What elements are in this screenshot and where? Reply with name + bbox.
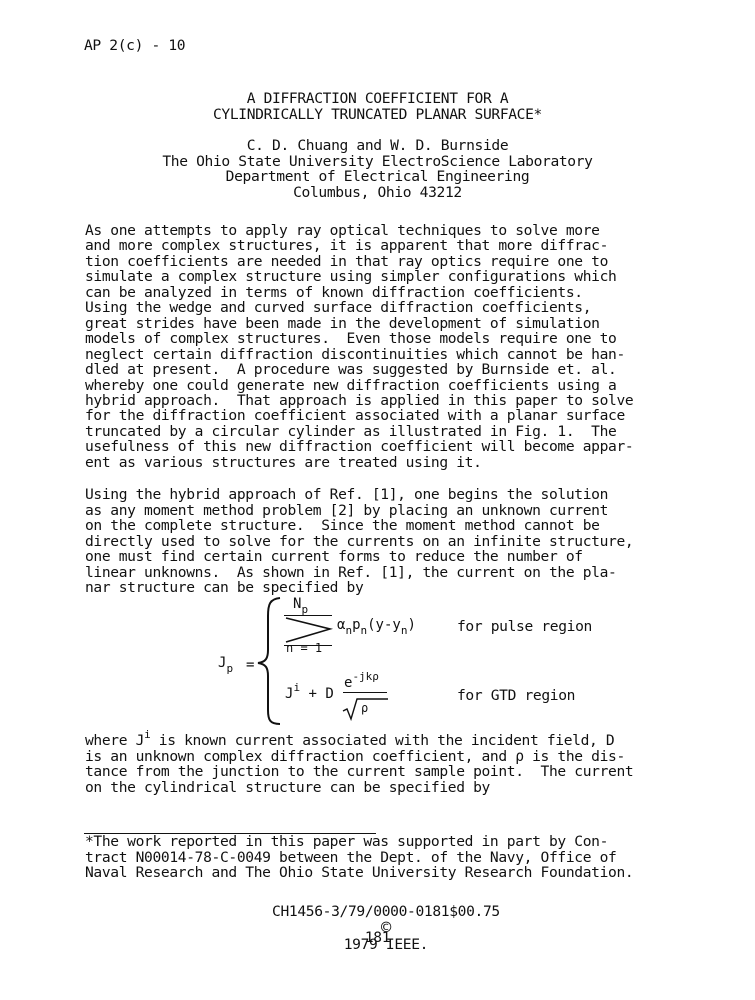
gtd-denominator: ρ xyxy=(361,701,368,715)
title-line: CYLINDRICALLY TRUNCATED PLANAR SURFACE* xyxy=(0,107,755,123)
sum-lower-limit: n = 1 xyxy=(286,641,322,655)
text-line: Using the hybrid approach of Ref. [1], o… xyxy=(85,487,608,503)
text-line: on the cylindrical structure can be spec… xyxy=(85,780,490,796)
case-gtd-region: for GTD region xyxy=(457,688,575,704)
eq-lhs: Jp xyxy=(218,655,233,671)
text-line: ent as various structures are treated us… xyxy=(85,455,482,471)
text-line: Naval Research and The Ohio State Univer… xyxy=(85,865,633,881)
gtd-incident-term: Ji + D xyxy=(285,686,334,702)
case-pulse-region: for pulse region xyxy=(457,619,592,635)
pulse-term: αnpn(y-yn) xyxy=(337,617,416,633)
text-line: nar structure can be specified by xyxy=(85,580,363,596)
author-names: C. D. Chuang and W. D. Burnside xyxy=(0,138,755,154)
text-line: one must find certain current forms to r… xyxy=(85,549,583,565)
text-line: *The work reported in this paper was sup… xyxy=(85,834,608,850)
page-number: 181 xyxy=(0,930,755,946)
affiliation-line: Department of Electrical Engineering xyxy=(0,169,755,185)
left-brace xyxy=(256,596,286,726)
text-line: models of complex structures. Even those… xyxy=(85,331,616,347)
fraction-bar xyxy=(343,692,387,693)
title-line: A DIFFRACTION COEFFICIENT FOR A xyxy=(0,91,755,107)
sum-icon xyxy=(284,617,334,643)
text-line: for the diffraction coefficient associat… xyxy=(85,408,625,424)
header-code: AP 2(c) - 10 xyxy=(84,38,185,54)
text-line: simulate a complex structure using simpl… xyxy=(85,269,616,285)
gtd-numerator: e-jkρ xyxy=(344,675,379,691)
sum-top-bar xyxy=(284,615,332,616)
text-line: usefulness of this new diffraction coeff… xyxy=(85,439,633,455)
text-line: on the complete structure. Since the mom… xyxy=(85,518,600,534)
affiliation-line: Columbus, Ohio 43212 xyxy=(0,185,755,201)
text-line: Using the wedge and curved surface diffr… xyxy=(85,300,591,316)
sum-upper-limit: Np xyxy=(293,596,308,612)
eq-equals: = xyxy=(246,657,254,673)
text-line: dled at present. A procedure was suggest… xyxy=(85,362,616,378)
